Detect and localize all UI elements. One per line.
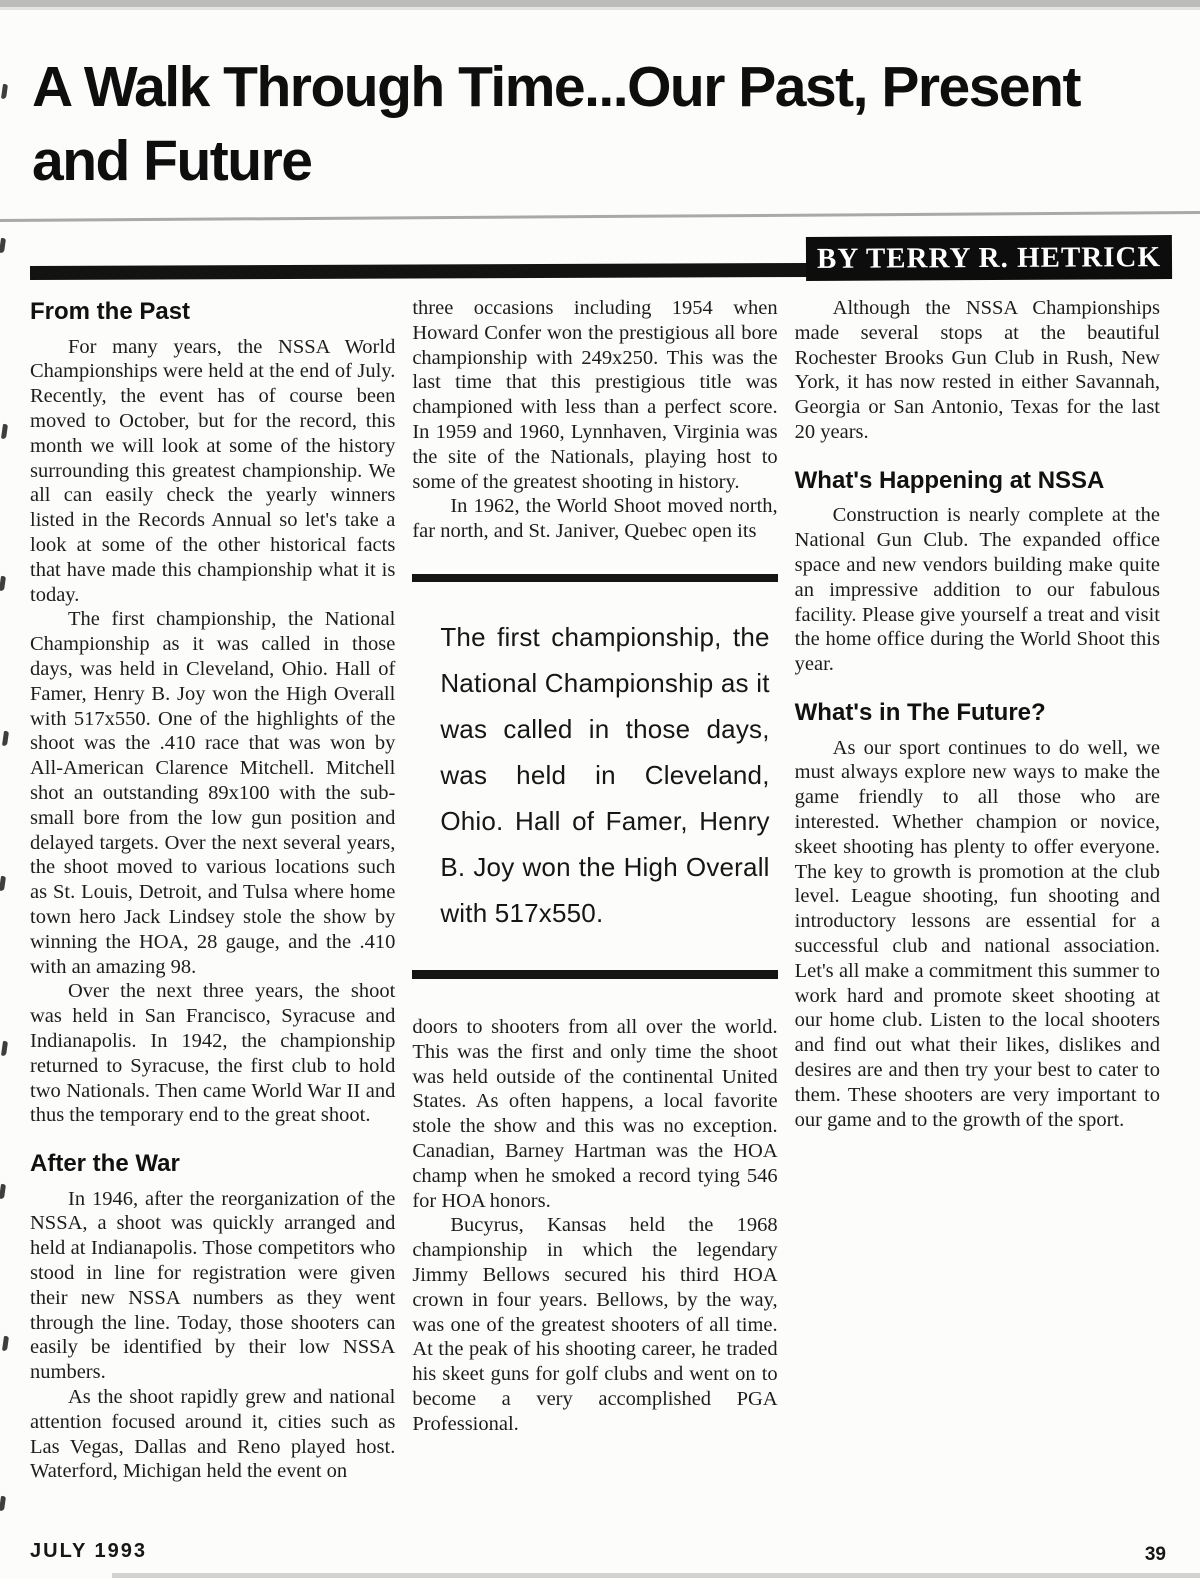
body-paragraph: For many years, the NSSA World Champions… xyxy=(30,335,395,608)
scan-artifact xyxy=(0,238,6,254)
scan-artifact xyxy=(1,1041,8,1057)
byline-bar xyxy=(30,263,808,280)
section-heading: From the Past xyxy=(30,298,395,326)
article-title-line1: A Walk Through Time...Our Past, Present xyxy=(32,55,1080,119)
scan-artifact xyxy=(0,1496,6,1512)
article-column: three occasions including 1954 when Howa… xyxy=(412,296,777,1484)
section-heading: What's Happening at NSSA xyxy=(795,467,1160,495)
article-column: From the PastFor many years, the NSSA Wo… xyxy=(30,296,395,1484)
scan-artifact xyxy=(1,84,8,100)
scan-artifact xyxy=(0,1184,6,1200)
body-paragraph: Bucyrus, Kansas held the 1968 championsh… xyxy=(412,1213,777,1436)
section-heading: What's in The Future? xyxy=(795,699,1160,727)
body-paragraph: Construction is nearly complete at the N… xyxy=(795,503,1160,677)
scan-artifact xyxy=(0,576,6,592)
article-title: A Walk Through Time...Our Past, Presenta… xyxy=(32,50,1162,198)
byline-text: BY TERRY R. HETRICK xyxy=(817,243,1161,274)
body-paragraph: As the shoot rapidly grew and national a… xyxy=(30,1385,395,1484)
scan-artifact xyxy=(1,424,8,440)
body-paragraph: Over the next three years, the shoot was… xyxy=(30,979,395,1128)
scan-artifact xyxy=(0,876,6,892)
pull-quote: The first championship, the National Cha… xyxy=(412,574,777,979)
scan-artifact xyxy=(2,1336,9,1352)
byline-box: BY TERRY R. HETRICK xyxy=(806,235,1172,281)
body-paragraph: three occasions including 1954 when Howa… xyxy=(412,296,777,494)
body-paragraph: In 1962, the World Shoot moved north, fa… xyxy=(412,494,777,544)
body-paragraph: doors to shooters from all over the worl… xyxy=(412,1015,777,1213)
article-column: Although the NSSA Championships made sev… xyxy=(795,296,1160,1484)
article-columns: From the PastFor many years, the NSSA Wo… xyxy=(30,296,1160,1484)
scan-edge-top xyxy=(0,0,1200,7)
header-rule xyxy=(0,211,1200,222)
scan-artifact xyxy=(2,731,9,747)
footer-page-number: 39 xyxy=(1145,1545,1166,1564)
body-paragraph: Although the NSSA Championships made sev… xyxy=(795,296,1160,445)
body-paragraph: As our sport continues to do well, we mu… xyxy=(795,736,1160,1133)
section-heading: After the War xyxy=(30,1150,395,1178)
body-paragraph: In 1946, after the reorganization of the… xyxy=(30,1187,395,1385)
article-title-line2: and Future xyxy=(32,129,312,193)
body-paragraph: The first championship, the National Cha… xyxy=(30,607,395,979)
footer-issue: JULY 1993 xyxy=(30,1541,147,1561)
scan-edge-bottom xyxy=(112,1573,1200,1578)
